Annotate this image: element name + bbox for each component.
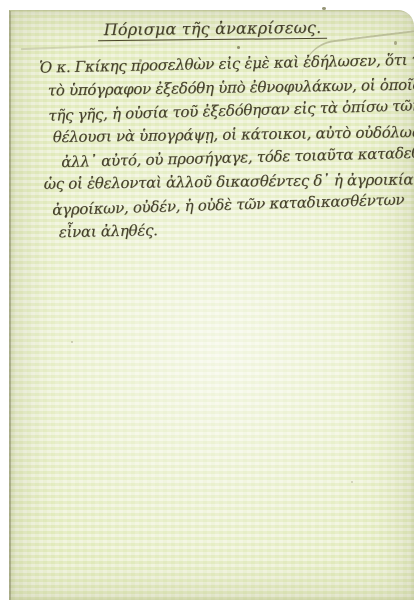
scanned-document: Πόρισμα τῆς ἀνακρίσεως. Ὁ κ. Γκίκης προσ… (0, 0, 414, 600)
document-title: Πόρισμα τῆς ἀνακρίσεως. (98, 18, 328, 41)
manuscript-paper: Πόρισμα τῆς ἀνακρίσεως. Ὁ κ. Γκίκης προσ… (9, 10, 414, 600)
handwritten-body: Ὁ κ. Γκίκης προσελθὼν εἰς ἐμὲ καὶ ἐδήλωσ… (9, 49, 414, 245)
foxing-speck (351, 481, 353, 483)
foxing-speck (394, 41, 397, 45)
foxing-speck (237, 46, 240, 49)
paper-crease-top-left (21, 42, 201, 50)
foxing-speck (322, 7, 326, 10)
document-title-row: Πόρισμα τῆς ἀνακρίσεως. (11, 17, 414, 42)
foxing-speck (71, 341, 73, 343)
